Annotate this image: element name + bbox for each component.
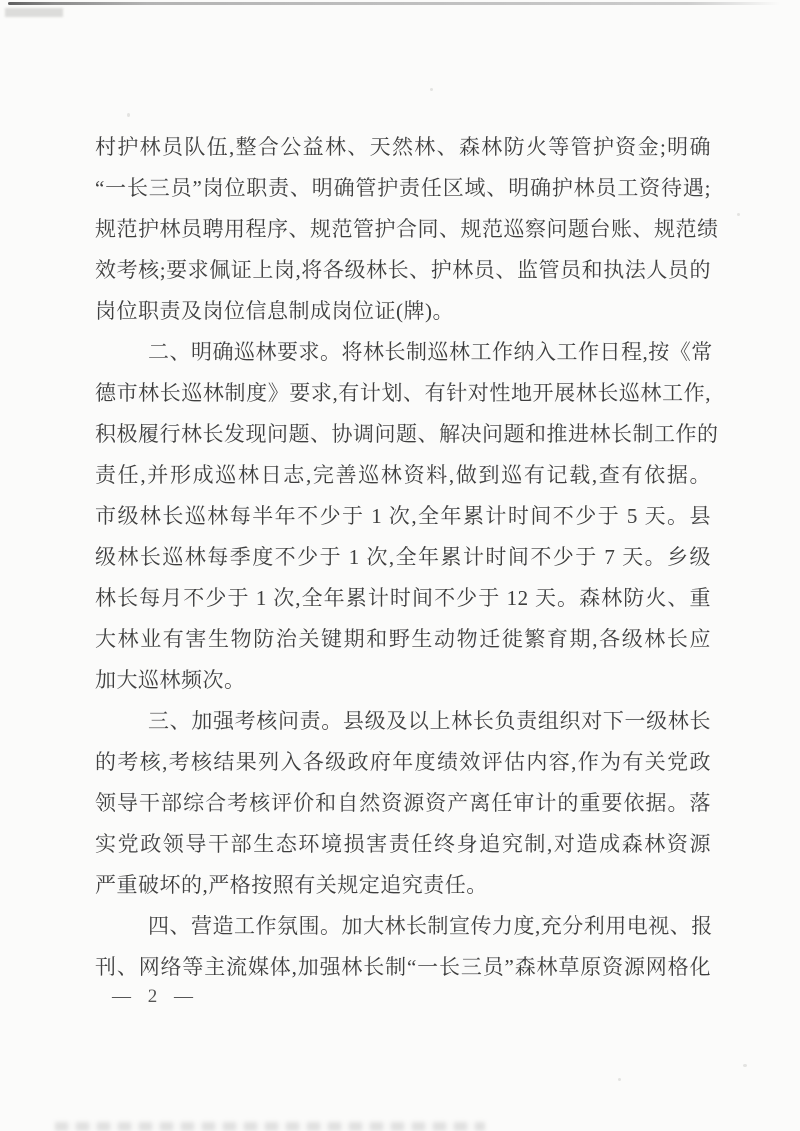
scan-artifact-bottom-ghost [55, 1122, 485, 1131]
text-line: 村护林员队伍,整合公益林、天然林、森林防火等管护资金;明确 [95, 127, 711, 168]
text-line: 积极履行林长发现问题、协调问题、解决问题和推进林长制工作的 [95, 414, 711, 455]
text-line: 加大巡林频次。 [95, 660, 711, 701]
text-line: “一长三员”岗位职责、明确管护责任区域、明确护林员工资待遇; [95, 168, 711, 209]
scan-artifact-top-edge [8, 2, 780, 5]
scan-noise-speck [618, 1078, 621, 1081]
text-line: 效考核;要求佩证上岗,将各级林长、护林员、监管员和执法人员的 [95, 250, 711, 291]
scan-noise-speck [737, 213, 740, 216]
text-line: 领导干部综合考核评价和自然资源资产离任审计的重要依据。落 [95, 783, 711, 824]
text-line: 市级林长巡林每半年不少于 1 次,全年累计时间不少于 5 天。县 [95, 496, 711, 537]
text-line: 级林长巡林每季度不少于 1 次,全年累计时间不少于 7 天。乡级 [95, 537, 711, 578]
scan-artifact-corner-smudge [5, 8, 63, 17]
text-line: 刊、网络等主流媒体,加强林长制“一长三员”森林草原资源网格化 [95, 947, 711, 988]
scan-noise-speck [430, 88, 433, 91]
text-line: 严重破坏的,严格按照有关规定追究责任。 [95, 865, 711, 906]
page-number: — 2 — [112, 985, 194, 1009]
scan-noise-speck [743, 1064, 747, 1067]
text-line: 岗位职责及岗位信息制成岗位证(牌)。 [95, 291, 711, 332]
text-line: 四、营造工作氛围。加大林长制宣传力度,充分利用电视、报 [95, 906, 711, 947]
text-line: 三、加强考核问责。县级及以上林长负责组织对下一级林长 [95, 701, 711, 742]
text-line: 大林业有害生物防治关键期和野生动物迁徙繁育期,各级林长应 [95, 619, 711, 660]
document-body: 村护林员队伍,整合公益林、天然林、森林防火等管护资金;明确“一长三员”岗位职责、… [95, 127, 711, 988]
scanned-document-page: 村护林员队伍,整合公益林、天然林、森林防火等管护资金;明确“一长三员”岗位职责、… [0, 0, 800, 1131]
text-line: 责任,并形成巡林日志,完善巡林资料,做到巡有记载,查有依据。 [95, 455, 711, 496]
text-line: 德市林长巡林制度》要求,有计划、有针对性地开展林长巡林工作, [95, 373, 711, 414]
text-line: 林长每月不少于 1 次,全年累计时间不少于 12 天。森林防火、重 [95, 578, 711, 619]
text-line: 二、明确巡林要求。将林长制巡林工作纳入工作日程,按《常 [95, 332, 711, 373]
text-line: 实党政领导干部生态环境损害责任终身追究制,对造成森林资源 [95, 824, 711, 865]
scan-noise-speck [127, 113, 130, 117]
text-line: 规范护林员聘用程序、规范管护合同、规范巡察问题台账、规范绩 [95, 209, 711, 250]
text-line: 的考核,考核结果列入各级政府年度绩效评估内容,作为有关党政 [95, 742, 711, 783]
